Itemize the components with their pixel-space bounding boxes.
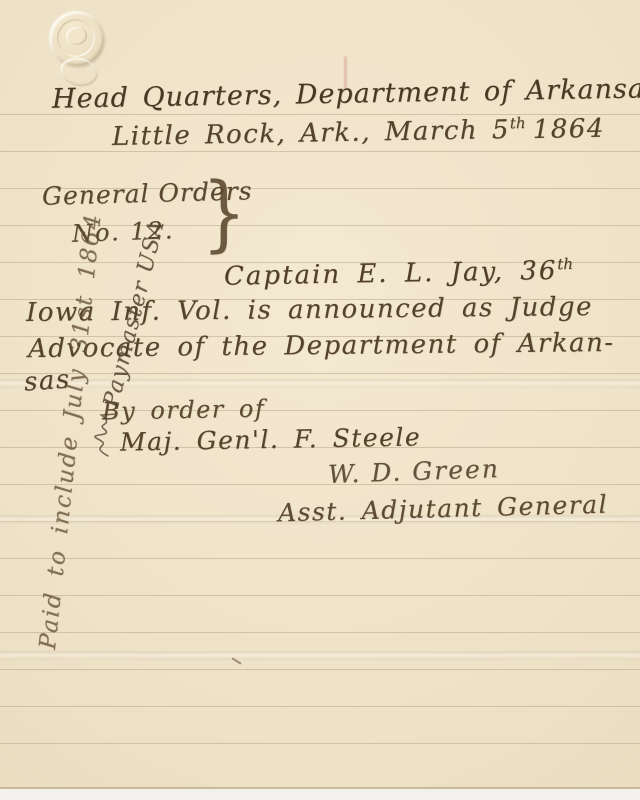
heading-line-2: Little Rock, Ark., March 5th1864 (112, 115, 605, 152)
scanner-background-strip (0, 789, 640, 800)
closing-signature: W. D. Green (328, 456, 501, 488)
document-scan: Head Quarters, Department of Arkansas &c… (0, 0, 640, 800)
closing-commander-name: Maj. Gen'l. F. Steele (120, 424, 422, 456)
body-line-2: Iowa Inf. Vol. is announced as Judge (26, 294, 593, 327)
stray-pencil-mark (231, 657, 241, 665)
heading-line-2-superscript: th (510, 114, 526, 132)
order-brace: } (202, 172, 246, 256)
fold-crease-top (0, 379, 640, 388)
heading-line-2-year: 1864 (532, 113, 605, 144)
heading-line-2-text: Little Rock, Ark., March 5 (112, 115, 510, 152)
body-line-1: Captain E. L. Jay, 36th (224, 257, 574, 291)
body-line-1-superscript: th (557, 255, 573, 273)
body-line-1-text: Captain E. L. Jay, 36 (224, 256, 558, 292)
closing-signature-title: Asst. Adjutant General (278, 492, 609, 527)
paper-sheet: Head Quarters, Department of Arkansas &c… (0, 0, 640, 789)
heading-line-1: Head Quarters, Department of Arkansas &c (52, 74, 640, 114)
fold-crease-bottom (0, 651, 640, 660)
signature-flourish-icon (84, 407, 124, 459)
